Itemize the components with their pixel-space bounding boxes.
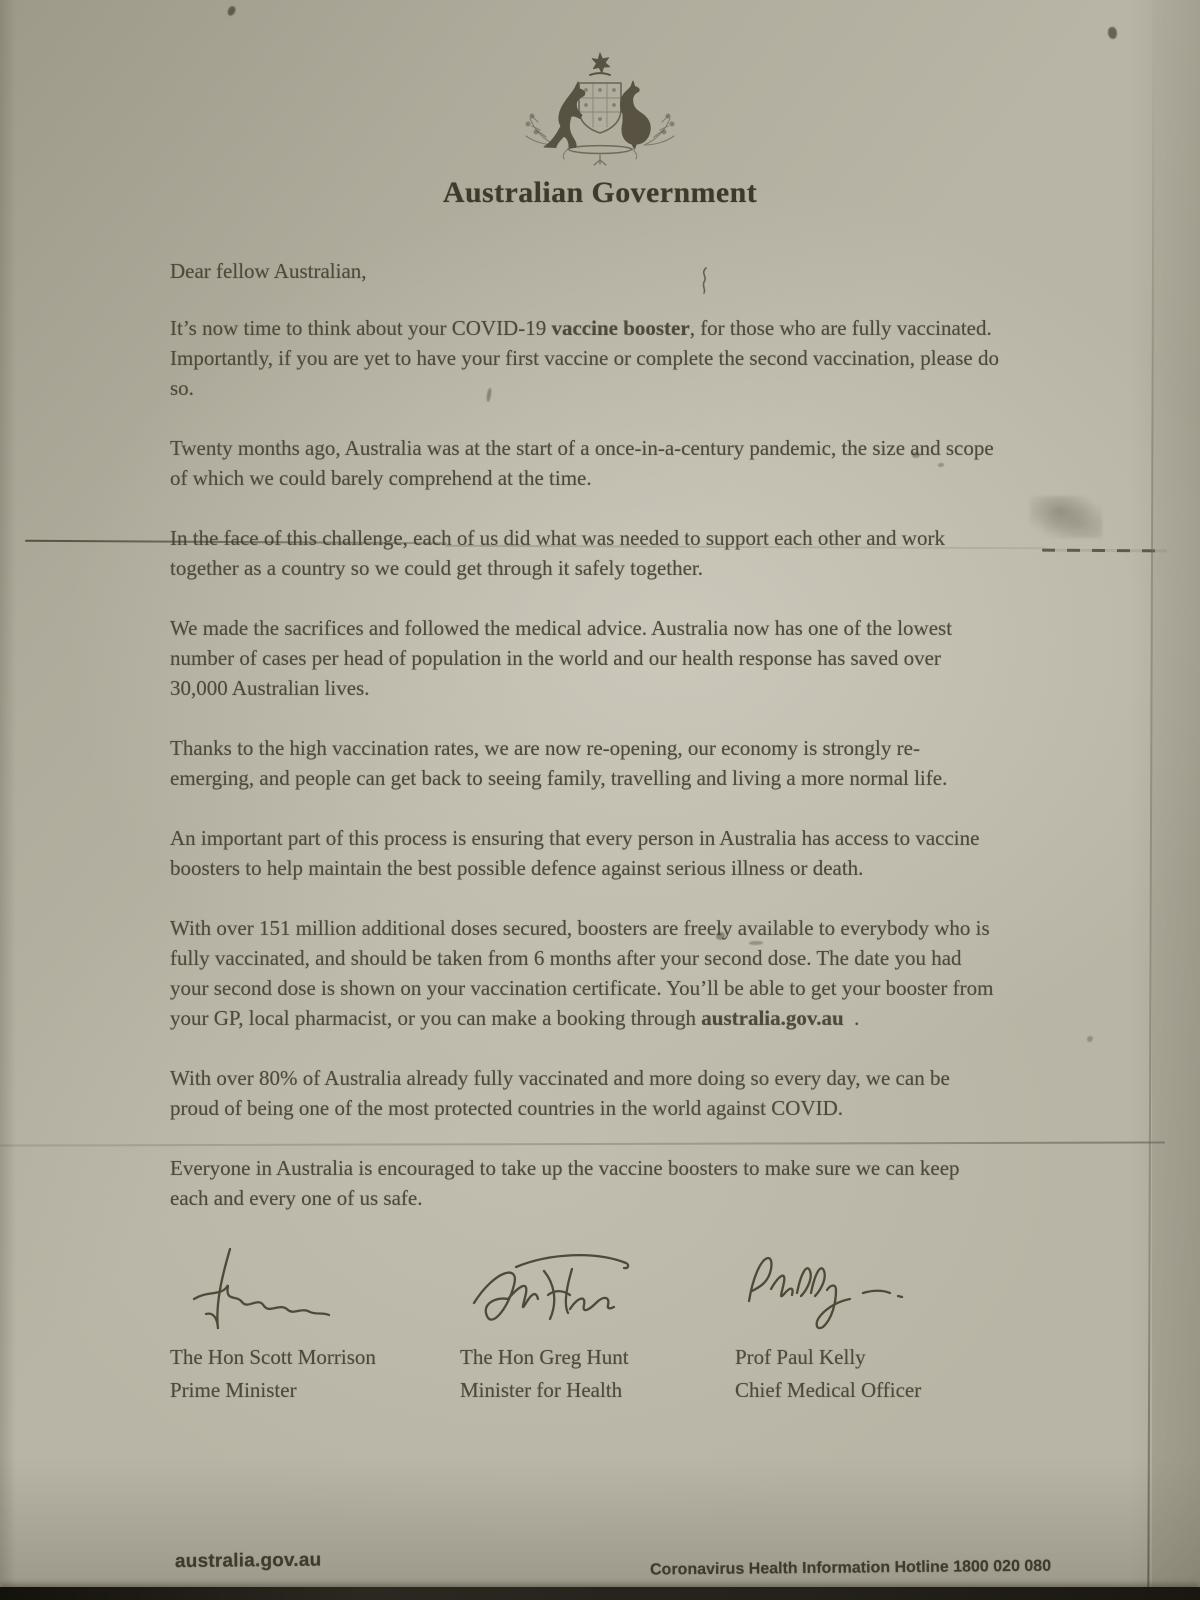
letter-body: It’s now time to think about your COVID-… bbox=[170, 313, 1000, 1213]
photo-bottom-edge bbox=[0, 1587, 1200, 1600]
salutation: Dear fellow Australian, bbox=[170, 256, 1000, 286]
signature-block: The Hon Scott Morrison Prime Minister Th… bbox=[170, 1243, 1030, 1407]
ink-smudge bbox=[1030, 496, 1102, 538]
letter-paragraph: Everyone in Australia is encouraged to t… bbox=[170, 1153, 1000, 1213]
background-right-shade bbox=[1152, 0, 1200, 1600]
australian-coat-of-arms-icon bbox=[516, 52, 684, 168]
signatory-name: The Hon Scott Morrison bbox=[170, 1341, 460, 1374]
letter-paragraph: In the face of this challenge, each of u… bbox=[170, 523, 1000, 583]
footer-hotline: Coronavirus Health Information Hotline 1… bbox=[650, 1558, 1051, 1580]
fold-crease-upper-right bbox=[1042, 549, 1167, 553]
letter-page: Australian Government Dear fellow Austra… bbox=[0, 0, 1200, 1600]
letter-footer: australia.gov.au Coronavirus Health Info… bbox=[0, 1532, 1200, 1594]
letter-paragraph: An important part of this process is ens… bbox=[170, 823, 1000, 883]
signatory-title: Minister for Health bbox=[460, 1374, 735, 1407]
signatory-title: Chief Medical Officer bbox=[735, 1374, 1030, 1407]
letter-paragraph: With over 80% of Australia already fully… bbox=[170, 1063, 1000, 1123]
letter-paragraph: Thanks to the high vaccination rates, we… bbox=[170, 733, 1000, 793]
signatory-greg-hunt: The Hon Greg Hunt Minister for Health bbox=[460, 1243, 735, 1407]
letter-photo: Australian Government Dear fellow Austra… bbox=[0, 0, 1200, 1600]
letter-paragraph: With over 151 million additional doses s… bbox=[170, 913, 1000, 1033]
signatory-scott-morrison: The Hon Scott Morrison Prime Minister bbox=[170, 1243, 460, 1407]
letter-body-text: Dear fellow Australian, It’s now time to… bbox=[170, 256, 1000, 1213]
signatory-paul-kelly: Prof Paul Kelly Chief Medical Officer bbox=[735, 1243, 1030, 1407]
letter-paragraph: We made the sacrifices and followed the … bbox=[170, 613, 1000, 703]
letter-paragraph: It’s now time to think about your COVID-… bbox=[170, 313, 1000, 403]
letterhead: Australian Government bbox=[0, 0, 1200, 210]
paul-kelly-signature-icon bbox=[735, 1243, 945, 1335]
stray-pen-mark bbox=[697, 266, 713, 296]
signatory-name: Prof Paul Kelly bbox=[735, 1341, 1030, 1374]
footer-website: australia.gov.au bbox=[175, 1550, 322, 1573]
page-title: Australian Government bbox=[0, 176, 1200, 210]
scott-morrison-signature-icon bbox=[170, 1243, 400, 1335]
greg-hunt-signature-icon bbox=[460, 1243, 700, 1335]
letter-paragraph: Twenty months ago, Australia was at the … bbox=[170, 433, 1000, 493]
signatory-name: The Hon Greg Hunt bbox=[460, 1341, 735, 1374]
signatory-title: Prime Minister bbox=[170, 1374, 460, 1407]
